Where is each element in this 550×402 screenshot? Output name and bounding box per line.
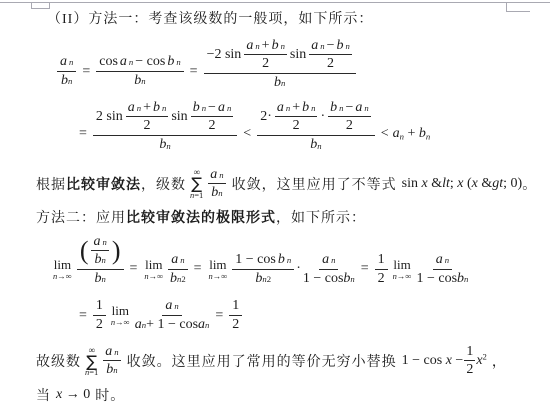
page-margin-mark-right	[506, 3, 530, 12]
fraction-numerator: 1	[229, 298, 242, 316]
x-squared-term: x2	[476, 353, 487, 369]
fraction-numerator: an	[208, 167, 225, 184]
one-half-fraction: 1 2	[464, 344, 475, 378]
fraction-denominator: bn	[211, 184, 222, 201]
limit-operator: lim n→∞	[144, 258, 163, 281]
fraction-numerator: 2 sin an + bn 2 sin bn − an 2	[93, 100, 237, 136]
formula2-line2: = 1 2 lim n→∞ an an + 1 − cos an = 1 2	[75, 298, 550, 333]
fraction-numerator: an	[433, 252, 452, 270]
one-half-fraction: 1 2	[93, 298, 106, 333]
fraction-denominator: 2	[262, 55, 269, 72]
fraction-numerator: an	[103, 344, 120, 361]
big-fraction: 2 sin an + bn 2 sin bn − an 2 bn	[93, 100, 237, 153]
nested-fraction: bn − an 2	[191, 100, 234, 134]
equals-sign: =	[211, 308, 227, 324]
fraction-numerator: cos an − cos bn	[96, 54, 183, 72]
lim-word: lim	[393, 258, 410, 271]
nested-fraction: an + bn 2	[275, 100, 318, 134]
limit-condition: x → 0	[56, 387, 90, 402]
multiplication-dot: ·	[320, 109, 325, 125]
big-fraction: 2· an + bn 2 · bn − an 2 bn	[257, 100, 375, 153]
formula2-line1: lim n→∞ ( an bn ) bn = lim n→∞ an bn2 = …	[50, 234, 550, 296]
equals-sign: =	[78, 64, 94, 80]
fraction-denominator: an + 1 − cos an	[135, 316, 210, 333]
summation-symbol: ∞ ∑ n=1	[85, 346, 98, 377]
fraction-denominator: bn	[106, 361, 117, 378]
equals-sign: =	[190, 261, 206, 277]
nested-fraction: an + bn 2	[126, 100, 169, 134]
paragraph-method-two: 方法二：应用 比较审敛法的极限形式 ，如下所示：	[36, 207, 550, 227]
fraction-denominator: bn	[310, 136, 321, 153]
fraction-numerator: bn − an	[191, 100, 234, 117]
equals-sign: =	[357, 261, 373, 277]
lim-subscript: n→∞	[53, 272, 72, 281]
equals-sign: =	[126, 261, 142, 277]
lim-subscript: n→∞	[144, 272, 163, 281]
fraction-denominator: 2	[144, 117, 151, 134]
fraction: 1 − cos bn bn2	[232, 252, 294, 287]
text-segment: ，如下所示：	[276, 207, 366, 227]
series-term-fraction: an bn	[103, 344, 120, 378]
formula-block-2: lim n→∞ ( an bn ) bn = lim n→∞ an bn2 = …	[50, 234, 550, 333]
fraction-denominator: bn	[94, 251, 105, 268]
summation-lower-limit: n=1	[190, 191, 203, 200]
fraction-numerator: an	[57, 54, 76, 72]
fraction-numerator: 1	[375, 252, 388, 270]
right-parenthesis: )	[112, 239, 121, 262]
fraction-denominator: 1 − cos bn	[303, 270, 355, 287]
less-than-sign: <	[239, 126, 255, 142]
series-term-fraction: an bn	[208, 167, 225, 201]
text-segment: 时。	[95, 385, 125, 402]
fraction: an bn2	[168, 252, 187, 287]
fraction-denominator: 2	[378, 270, 385, 287]
text-segment: 根据	[36, 174, 66, 194]
fraction-numerator: an − bn	[309, 38, 352, 55]
fraction: an 1 − cos bn	[303, 252, 355, 287]
fraction: an 1 − cos bn	[416, 252, 468, 287]
fraction-denominator: 2	[293, 117, 300, 134]
fraction-denominator: 2	[346, 117, 353, 134]
nested-fraction: an bn	[91, 234, 108, 268]
fraction-denominator: 2	[208, 117, 215, 134]
lim-subscript: n→∞	[111, 318, 130, 327]
formula1-line1: an bn = cos an − cos bn bn = −2 sin an +…	[55, 38, 550, 98]
fraction-denominator: 1 − cos bn	[416, 270, 468, 287]
fraction-numerator: 1 − cos bn	[232, 252, 294, 270]
left-parenthesis: (	[80, 239, 89, 262]
section-heading: （II）方法一：考查该级数的一般项，如下所示：	[47, 11, 550, 29]
fraction-denominator: bn	[61, 72, 72, 89]
fraction-numerator: an	[168, 252, 187, 270]
inequality-formula: sin x &lt; x (x &gt; 0)	[402, 176, 523, 192]
page-boundary-line	[0, 2, 550, 3]
comma: ，	[492, 351, 507, 371]
fraction-numerator: 2· an + bn 2 · bn − an 2	[257, 100, 375, 136]
one-half-fraction: 1 2	[229, 298, 242, 333]
fraction-denominator: 2	[96, 316, 103, 333]
fraction-denominator: bn2	[170, 270, 186, 287]
fraction-denominator: bn	[159, 136, 170, 153]
bold-term: 比较审敛法	[66, 174, 141, 194]
nested-fraction: bn − an 2	[328, 100, 371, 134]
bold-term: 比较审敛法的极限形式	[126, 207, 276, 227]
math-term: 2·	[260, 109, 272, 125]
nested-fraction: an + bn 2	[244, 38, 287, 72]
limit-operator: lim n→∞	[393, 258, 412, 281]
paragraph-as-x-to-zero: 当 x → 0 时。	[36, 385, 550, 402]
math-term: an + bn	[393, 126, 431, 142]
sigma-icon: ∑	[86, 355, 97, 369]
summation-lower-limit: n=1	[85, 368, 98, 377]
fraction-denominator: bn2	[255, 270, 271, 287]
limit-operator: lim n→∞	[53, 258, 72, 281]
big-fraction: ( an bn ) bn	[77, 234, 124, 287]
text-segment: 方法二：应用	[36, 207, 126, 227]
math-term: sin	[290, 47, 306, 63]
fraction-numerator: an	[91, 234, 108, 251]
less-than-sign: <	[377, 126, 393, 142]
nested-fraction: an − bn 2	[309, 38, 352, 72]
equals-sign: =	[75, 308, 91, 324]
fraction-numerator: bn − an	[328, 100, 371, 117]
fraction-numerator: an + bn	[244, 38, 287, 55]
equals-sign: =	[75, 126, 91, 142]
fraction-numerator: ( an bn )	[77, 234, 124, 270]
document-page: { "colors": { "text": "#1c1c1c", "bounda…	[0, 0, 550, 402]
fraction-denominator: bn	[94, 270, 105, 287]
math-term: sin	[171, 109, 187, 125]
fraction-numerator: an	[319, 252, 338, 270]
fraction-numerator: an + bn	[275, 100, 318, 117]
lim-word: lim	[112, 304, 129, 317]
equals-sign: =	[186, 64, 202, 80]
big-fraction: −2 sin an + bn 2 sin an − bn 2 bn	[204, 38, 356, 91]
fraction-denominator: bn	[134, 72, 145, 89]
fraction-denominator: 2	[232, 316, 239, 333]
page-margin-mark-left	[31, 3, 50, 9]
lim-word: lim	[209, 258, 226, 271]
fraction: an an + 1 − cos an	[135, 298, 210, 333]
lim-subscript: n→∞	[208, 272, 227, 281]
formula-block-1: an bn = cos an − cos bn bn = −2 sin an +…	[55, 38, 550, 161]
paragraph-comparison-test: 根据 比较审敛法 ，级数 ∞ ∑ n=1 an bn 收敛，这里应用了不等式 s…	[36, 167, 550, 201]
fraction: cos an − cos bn bn	[96, 54, 183, 89]
text-segment: 。	[522, 174, 537, 194]
sigma-icon: ∑	[191, 177, 202, 191]
text-segment: ，级数	[141, 174, 186, 194]
lim-word: lim	[54, 258, 71, 271]
lim-subscript: n→∞	[393, 272, 412, 281]
text-segment: 收敛。这里应用了常用的等价无穷小替换	[127, 351, 397, 371]
math-term: −2 sin	[207, 47, 242, 63]
fraction-denominator: bn	[274, 74, 285, 91]
math-term: 2 sin	[96, 109, 123, 125]
text-segment: 故级数	[36, 351, 81, 371]
text-segment: 当	[36, 385, 51, 402]
equivalence-formula: 1 − cos x −	[402, 353, 464, 369]
paragraph-conclusion: 故级数 ∞ ∑ n=1 an bn 收敛。这里应用了常用的等价无穷小替换 1 −…	[36, 344, 550, 378]
summation-symbol: ∞ ∑ n=1	[190, 168, 203, 199]
lim-word: lim	[145, 258, 162, 271]
fraction-numerator: −2 sin an + bn 2 sin an − bn 2	[204, 38, 356, 74]
fraction-numerator: an	[162, 298, 181, 316]
limit-operator: lim n→∞	[208, 258, 227, 281]
fraction-numerator: 1	[464, 344, 475, 361]
text-segment: 收敛，这里应用了不等式	[232, 174, 397, 194]
fraction: an bn	[57, 54, 76, 89]
fraction-denominator: 2	[466, 361, 473, 378]
fraction-numerator: 1	[93, 298, 106, 316]
limit-operator: lim n→∞	[111, 304, 130, 327]
fraction-denominator: 2	[327, 55, 334, 72]
fraction-numerator: an + bn	[126, 100, 169, 117]
multiplication-dot: ·	[296, 261, 301, 277]
one-half-fraction: 1 2	[375, 252, 388, 287]
formula1-line2: = 2 sin an + bn 2 sin bn − an 2 bn < 2·	[75, 100, 550, 160]
